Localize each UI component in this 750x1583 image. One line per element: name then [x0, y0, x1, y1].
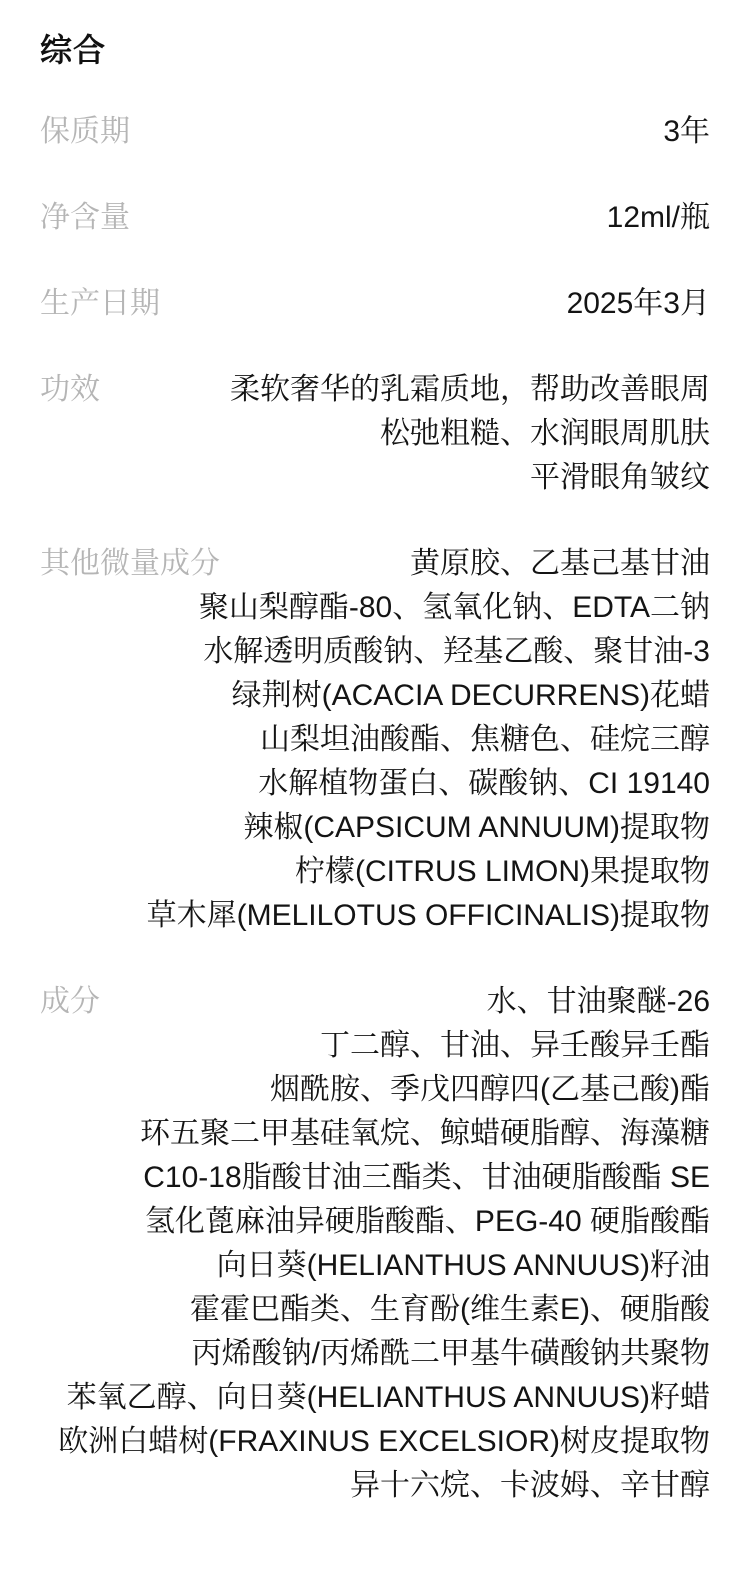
- spec-row-label: 功效: [40, 368, 100, 412]
- spec-row-label: 成分: [40, 980, 100, 1024]
- spec-value-line: 环五聚二甲基硅氧烷、鲸蜡硬脂醇、海藻糖: [40, 1112, 710, 1156]
- spec-value-line: 柠檬(CITRUS LIMON)果提取物: [40, 850, 710, 894]
- section-title: 综合: [40, 28, 710, 72]
- spec-value-line: 水解植物蛋白、碳酸钠、CI 19140: [40, 762, 710, 806]
- spec-row-value: 3年: [40, 110, 710, 154]
- spec-value-line: 苯氧乙醇、向日葵(HELIANTHUS ANNUUS)籽蜡: [40, 1376, 710, 1420]
- spec-value-line: 松弛粗糙、水润眼周肌肤: [40, 412, 710, 456]
- spec-row-ingredients: 成分 水、甘油聚醚-26 丁二醇、甘油、异壬酸异壬酯 烟酰胺、季戊四醇四(乙基己…: [40, 980, 710, 1508]
- spec-value-line: 平滑眼角皱纹: [40, 456, 710, 500]
- spec-value-line: 欧洲白蜡树(FRAXINUS EXCELSIOR)树皮提取物: [40, 1420, 710, 1464]
- spec-value-line: 氢化蓖麻油异硬脂酸酯、PEG-40 硬脂酸酯: [40, 1200, 710, 1244]
- spec-value-line: 草木犀(MELILOTUS OFFICINALIS)提取物: [40, 894, 710, 938]
- spec-row-shelf-life: 保质期 3年: [40, 110, 710, 154]
- spec-row-efficacy: 功效 柔软奢华的乳霜质地，帮助改善眼周 松弛粗糙、水润眼周肌肤 平滑眼角皱纹: [40, 368, 710, 500]
- spec-value-line: 柔软奢华的乳霜质地，帮助改善眼周: [40, 368, 710, 412]
- spec-row-other-trace-ingredients: 其他微量成分 黄原胶、乙基己基甘油 聚山梨醇酯-80、氢氧化钠、EDTA二钠 水…: [40, 542, 710, 938]
- spec-value-line: 异十六烷、卡波姆、辛甘醇: [40, 1464, 710, 1508]
- spec-value-line: 霍霍巴酯类、生育酚(维生素E)、硬脂酸: [40, 1288, 710, 1332]
- spec-value-line: 聚山梨醇酯-80、氢氧化钠、EDTA二钠: [40, 586, 710, 630]
- spec-value-line: 丙烯酸钠/丙烯酰二甲基牛磺酸钠共聚物: [40, 1332, 710, 1376]
- spec-row-label: 保质期: [40, 110, 130, 154]
- spec-value-line: 烟酰胺、季戊四醇四(乙基己酸)酯: [40, 1068, 710, 1112]
- spec-value-line: 水解透明质酸钠、羟基乙酸、聚甘油-3: [40, 630, 710, 674]
- spec-value-line: 辣椒(CAPSICUM ANNUUM)提取物: [40, 806, 710, 850]
- spec-row-net-content: 净含量 12ml/瓶: [40, 196, 710, 240]
- spec-value-line: 丁二醇、甘油、异壬酸异壬酯: [40, 1024, 710, 1068]
- spec-value-line: 向日葵(HELIANTHUS ANNUUS)籽油: [40, 1244, 710, 1288]
- spec-row-label: 生产日期: [40, 282, 160, 326]
- spec-value-line: 12ml/瓶: [40, 196, 710, 240]
- spec-value-line: 山梨坦油酸酯、焦糖色、硅烷三醇: [40, 718, 710, 762]
- spec-row-production-date: 生产日期 2025年3月: [40, 282, 710, 326]
- spec-row-value: 水、甘油聚醚-26 丁二醇、甘油、异壬酸异壬酯 烟酰胺、季戊四醇四(乙基己酸)酯…: [40, 980, 710, 1508]
- product-spec-page: 综合 保质期 3年 净含量 12ml/瓶 生产日期 2025年3月 功效 柔软奢…: [0, 0, 750, 1508]
- spec-row-value: 12ml/瓶: [40, 196, 710, 240]
- spec-value-line: C10-18脂酸甘油三酯类、甘油硬脂酸酯 SE: [40, 1156, 710, 1200]
- spec-value-line: 水、甘油聚醚-26: [40, 980, 710, 1024]
- spec-row-value: 柔软奢华的乳霜质地，帮助改善眼周 松弛粗糙、水润眼周肌肤 平滑眼角皱纹: [40, 368, 710, 500]
- spec-row-label: 其他微量成分: [40, 542, 220, 586]
- spec-value-line: 绿荆树(ACACIA DECURRENS)花蜡: [40, 674, 710, 718]
- spec-row-value: 黄原胶、乙基己基甘油 聚山梨醇酯-80、氢氧化钠、EDTA二钠 水解透明质酸钠、…: [40, 542, 710, 938]
- spec-row-label: 净含量: [40, 196, 130, 240]
- spec-value-line: 3年: [40, 110, 710, 154]
